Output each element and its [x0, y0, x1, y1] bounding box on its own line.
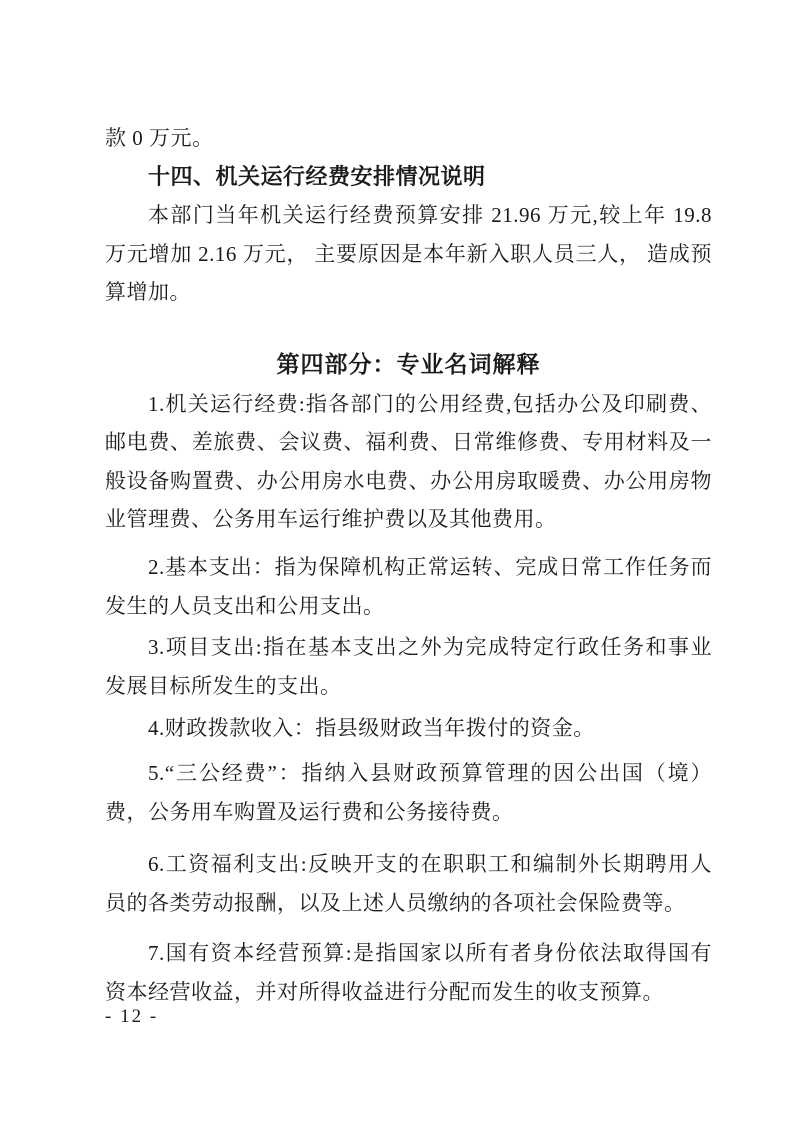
term-paragraph-7: 7.国有资本经营预算:是指国家以所有者身份依法取得国有 资本经营收益，并对所得收…	[105, 934, 712, 1011]
section14-paragraph: 本部门当年机关运行经费预算安排 21.96 万元,较上年 19.8 万元增加 2…	[105, 196, 712, 312]
paragraph-line: 业管理费、公务用车运行维护费以及其他费用。	[105, 500, 712, 539]
paragraph-line: 费，公务用车购置及运行费和公务接待费。	[105, 793, 712, 832]
paragraph-line: 邮电费、差旅费、会议费、福利费、日常维修费、专用材料及一	[105, 423, 712, 462]
document-page: 款 0 万元。 十四、机关运行经费安排情况说明 本部门当年机关运行经费预算安排 …	[0, 0, 793, 1122]
term-paragraph-4: 4.财政拨款收入：指县级财政当年拨付的资金。	[105, 709, 712, 748]
paragraph-line: 2.基本支出：指为保障机构正常运转、完成日常工作任务而	[105, 548, 712, 587]
paragraph-line: 万元增加 2.16 万元， 主要原因是本年新入职人员三人， 造成预	[105, 235, 712, 274]
term-paragraph-2: 2.基本支出：指为保障机构正常运转、完成日常工作任务而 发生的人员支出和公用支出…	[105, 548, 712, 625]
part4-title: 第四部分：专业名词解释	[105, 346, 712, 385]
term-paragraph-5: 5.“三公经费”：指纳入县财政预算管理的因公出国（境） 费，公务用车购置及运行费…	[105, 754, 712, 831]
paragraph-line: 发生的人员支出和公用支出。	[105, 587, 712, 626]
term-paragraph-6: 6.工资福利支出:反映开支的在职职工和编制外长期聘用人 员的各类劳动报酬，以及上…	[105, 845, 712, 922]
term-paragraph-1: 1.机关运行经费:指各部门的公用经费,包括办公及印刷费、 邮电费、差旅费、会议费…	[105, 385, 712, 539]
trailing-paragraph-line: 款 0 万元。	[105, 119, 712, 158]
paragraph-line: 4.财政拨款收入：指县级财政当年拨付的资金。	[105, 709, 712, 748]
paragraph-line: 本部门当年机关运行经费预算安排 21.96 万元,较上年 19.8	[105, 196, 712, 235]
paragraph-line: 资本经营收益，并对所得收益进行分配而发生的收支预算。	[105, 973, 712, 1012]
paragraph-line: 7.国有资本经营预算:是指国家以所有者身份依法取得国有	[105, 934, 712, 973]
paragraph-line: 算增加。	[105, 273, 712, 312]
paragraph-line: 5.“三公经费”：指纳入县财政预算管理的因公出国（境）	[105, 754, 712, 793]
paragraph-line: 3.项目支出:指在基本支出之外为完成特定行政任务和事业	[105, 628, 712, 667]
document-content: 款 0 万元。 十四、机关运行经费安排情况说明 本部门当年机关运行经费预算安排 …	[105, 119, 712, 1011]
page-number: - 12 -	[105, 1005, 158, 1029]
paragraph-line: 员的各类劳动报酬，以及上述人员缴纳的各项社会保险费等。	[105, 884, 712, 923]
paragraph-line: 1.机关运行经费:指各部门的公用经费,包括办公及印刷费、	[105, 385, 712, 424]
paragraph-line: 6.工资福利支出:反映开支的在职职工和编制外长期聘用人	[105, 845, 712, 884]
section14-heading: 十四、机关运行经费安排情况说明	[105, 158, 712, 197]
paragraph-line: 般设备购置费、办公用房水电费、办公用房取暖费、办公用房物	[105, 462, 712, 501]
paragraph-line: 发展目标所发生的支出。	[105, 667, 712, 706]
term-paragraph-3: 3.项目支出:指在基本支出之外为完成特定行政任务和事业 发展目标所发生的支出。	[105, 628, 712, 705]
